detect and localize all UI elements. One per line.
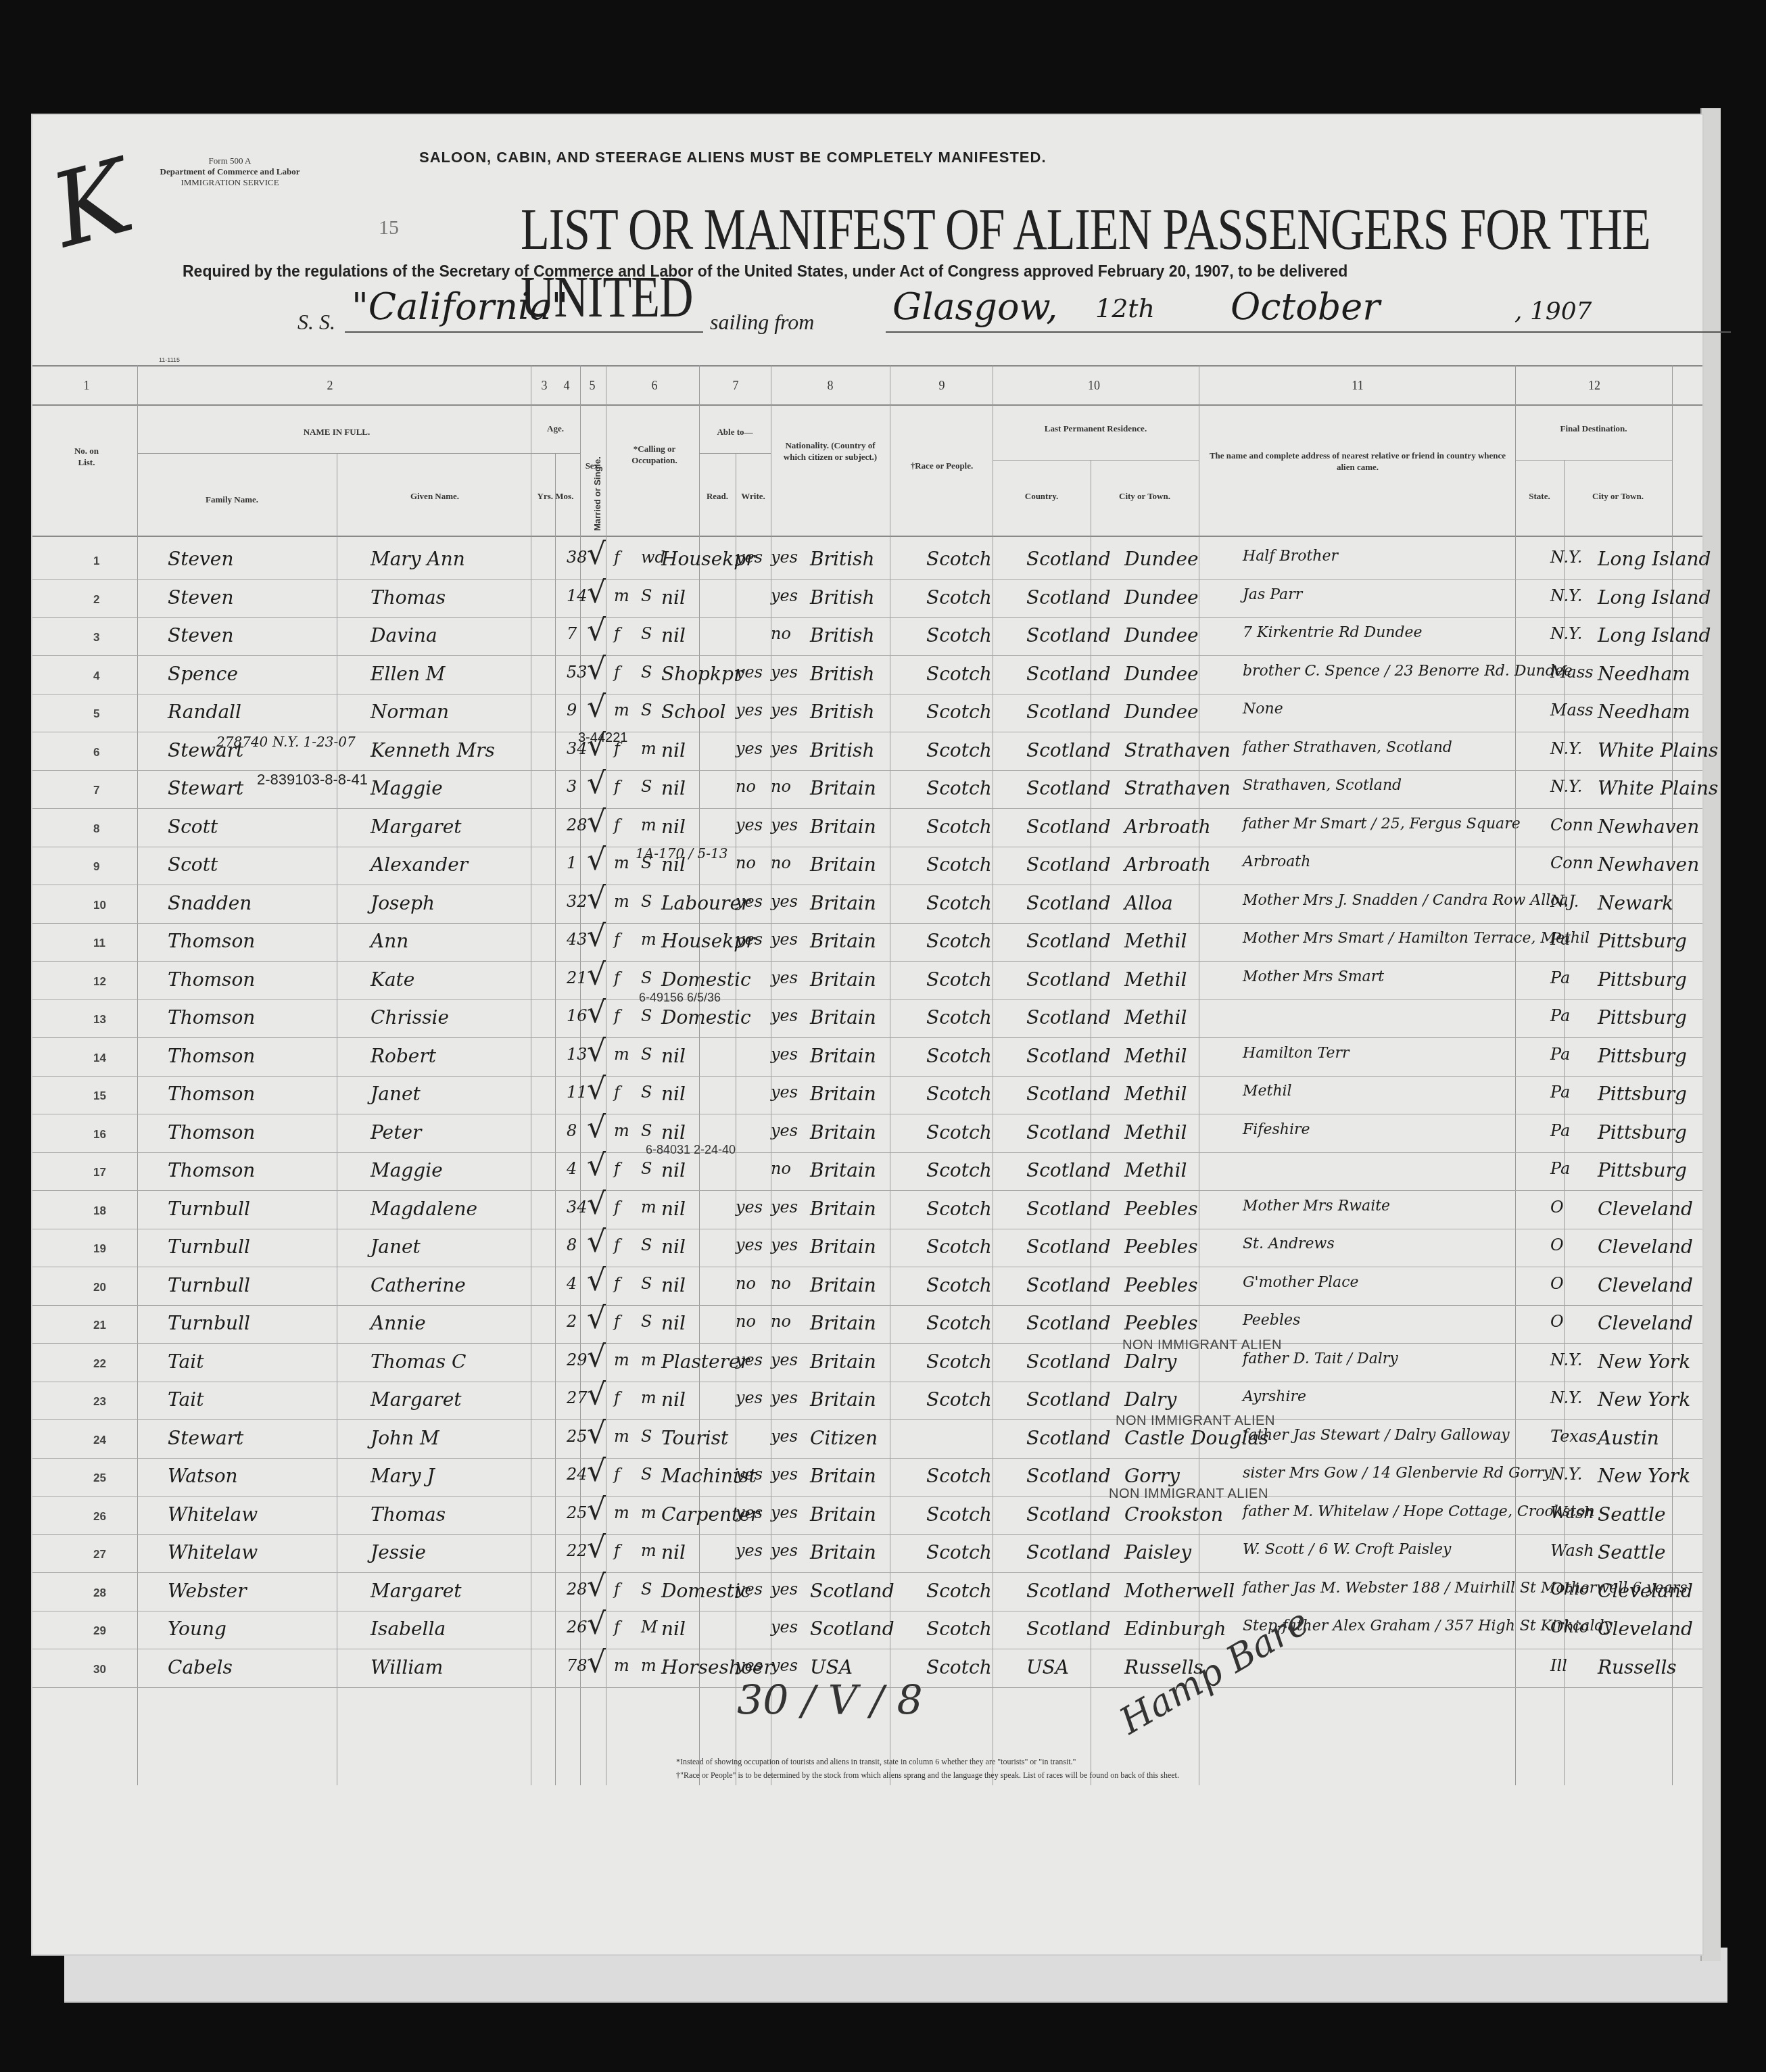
checkmark-icon: √ <box>587 652 606 686</box>
destination-state: N.Y. <box>1550 586 1582 605</box>
given-name: Catherine <box>371 1274 466 1296</box>
residence-country: Scotland <box>1026 1541 1111 1563</box>
row-number: 8 <box>93 822 99 836</box>
sex: m <box>614 1427 629 1446</box>
can-write: yes <box>771 816 798 834</box>
residence-city: Methil <box>1124 1083 1187 1105</box>
family-name: Watson <box>168 1465 238 1487</box>
destination-state: Wash <box>1550 1541 1594 1560</box>
family-name: Snadden <box>168 892 252 914</box>
nationality: Britain <box>810 1350 876 1373</box>
col-num-6: 6 <box>641 379 668 393</box>
port-underline <box>886 331 1731 333</box>
checkmark-icon: √ <box>587 1072 606 1106</box>
race: Scotch <box>926 548 992 570</box>
header-nationality: Nationality. (Country of which citizen o… <box>776 440 884 463</box>
checkmark-icon: √ <box>587 575 606 610</box>
row-number: 15 <box>93 1089 106 1103</box>
family-name: Whitelaw <box>168 1541 258 1563</box>
checkmark-icon: √ <box>587 958 606 992</box>
departure-day: 12th <box>1095 293 1155 323</box>
given-name: Norman <box>371 701 449 723</box>
departure-year: , 1907 <box>1514 298 1592 325</box>
occupation: nil <box>661 1083 686 1105</box>
row-number: 12 <box>93 975 106 989</box>
table-row: √1StevenMary Ann38fwdHousekpryesyesBriti… <box>32 541 1702 580</box>
family-name: Thomson <box>168 968 255 991</box>
age: 32 <box>567 892 588 911</box>
table-row: √19TurnbullJanet8fSnilyesyesBritainScotc… <box>32 1229 1702 1267</box>
race: Scotch <box>926 1312 992 1334</box>
race: Scotch <box>926 1198 992 1220</box>
can-read: yes <box>736 548 763 567</box>
header-able-to: Able to— <box>699 426 771 438</box>
residence-city: Peebles <box>1124 1235 1198 1258</box>
col-num-7: 7 <box>722 379 749 393</box>
checkmark-icon: √ <box>587 1034 606 1068</box>
destination-state: O <box>1550 1198 1564 1217</box>
marital-status: S <box>641 1045 652 1064</box>
col-num-10: 10 <box>1080 379 1107 393</box>
nearest-relative: Peebles <box>1243 1312 1300 1329</box>
table-row: √16ThomsonPeter8mSnilyesBritainScotchSco… <box>32 1114 1702 1153</box>
can-read: yes <box>736 701 763 720</box>
header-age: Age. <box>531 423 580 434</box>
race: Scotch <box>926 1618 992 1640</box>
row-number: 21 <box>93 1319 106 1332</box>
required-by-text: Required by the regulations of the Secre… <box>183 262 1347 281</box>
header-state: State. <box>1515 490 1564 502</box>
marital-status: S <box>641 663 652 682</box>
checkmark-icon: √ <box>587 613 606 648</box>
nationality: Britain <box>810 1045 876 1067</box>
row-number: 23 <box>93 1395 106 1409</box>
footnote-race: †"Race or People" is to be determined by… <box>676 1770 1179 1781</box>
given-name: Maggie <box>371 777 443 799</box>
residence-country: Scotland <box>1026 548 1111 570</box>
can-write: yes <box>771 1045 798 1064</box>
nearest-relative: father Strathaven, Scotland <box>1243 739 1452 756</box>
destination-city: Seattle <box>1598 1541 1665 1563</box>
row-number: 18 <box>93 1204 106 1218</box>
destination-city: Newhaven <box>1598 816 1699 838</box>
destination-state: Texas <box>1550 1427 1597 1446</box>
sex: f <box>614 663 620 682</box>
destination-city: New York <box>1598 1465 1690 1487</box>
marital-status: S <box>641 1121 652 1140</box>
nationality: Britain <box>810 1235 876 1258</box>
table-row: √29YoungIsabella26fMnilyesScotlandScotch… <box>32 1611 1702 1649</box>
nationality: British <box>810 624 875 646</box>
family-name: Thomson <box>168 1045 255 1067</box>
marital-status: m <box>641 1350 657 1369</box>
sex: f <box>614 1618 620 1637</box>
form-department: Department of Commerce and Labor <box>142 166 318 177</box>
race: Scotch <box>926 739 992 761</box>
residence-country: Scotland <box>1026 1198 1111 1220</box>
table-row: √9ScottAlexander1mSnilnonoBritainScotchS… <box>32 847 1702 885</box>
nearest-relative: Ayrshire <box>1243 1388 1306 1405</box>
destination-state: N.Y. <box>1550 548 1582 567</box>
given-name: Robert <box>371 1045 436 1067</box>
occupation: Domestic <box>661 1006 751 1029</box>
nearest-relative: Methil <box>1243 1083 1292 1100</box>
can-read: no <box>736 1274 756 1293</box>
family-name: Thomson <box>168 1121 255 1144</box>
race: Scotch <box>926 586 992 609</box>
nearest-relative: 7 Kirkentrie Rd Dundee <box>1243 624 1423 641</box>
sailing-from-label: sailing from <box>710 310 814 335</box>
can-read: yes <box>736 1235 763 1254</box>
can-write: yes <box>771 1198 798 1217</box>
marital-status: S <box>641 1312 652 1331</box>
can-read: no <box>736 777 756 796</box>
marital-status: S <box>641 586 652 605</box>
residence-country: Scotland <box>1026 1045 1111 1067</box>
destination-city: Cleveland <box>1598 1235 1693 1258</box>
residence-city: Dalry <box>1124 1350 1176 1373</box>
occupation: nil <box>661 1388 686 1411</box>
nationality: Britain <box>810 853 876 876</box>
checkmark-icon: √ <box>587 537 606 571</box>
age: 26 <box>567 1618 588 1637</box>
marital-status: m <box>641 1656 657 1675</box>
marital-status: S <box>641 892 652 911</box>
occupation: Tourist <box>661 1427 728 1449</box>
given-name: Margaret <box>371 816 462 838</box>
residence-city: Paisley <box>1124 1541 1191 1563</box>
residence-city: Arbroath <box>1124 816 1211 838</box>
destination-state: Conn <box>1550 816 1594 834</box>
row-number: 11 <box>93 937 105 950</box>
family-name: Spence <box>168 663 238 685</box>
age: 7 <box>567 624 577 643</box>
row-number: 14 <box>93 1052 106 1065</box>
marital-status: S <box>641 1580 652 1599</box>
nationality: Britain <box>810 1159 876 1181</box>
checkmark-icon: √ <box>587 1492 606 1527</box>
checkmark-icon: √ <box>587 766 606 801</box>
col-num-9: 9 <box>928 379 955 393</box>
race: Scotch <box>926 1350 992 1373</box>
family-name: Turnbull <box>168 1274 250 1296</box>
sex: m <box>614 1045 629 1064</box>
nationality: British <box>810 663 875 685</box>
race: Scotch <box>926 1045 992 1067</box>
col-num-3: 3 <box>538 379 551 393</box>
can-write: no <box>771 777 791 796</box>
can-write: yes <box>771 1656 798 1675</box>
family-name: Steven <box>168 548 233 570</box>
destination-city: Seattle <box>1598 1503 1665 1526</box>
destination-city: White Plains <box>1598 739 1718 761</box>
table-row: √2StevenThomas14mSnilyesBritishScotchSco… <box>32 580 1702 618</box>
destination-city: New York <box>1598 1350 1690 1373</box>
table-row: √12ThomsonKate21fSDomesticyesBritainScot… <box>32 962 1702 1000</box>
table-row: √13ThomsonChrissie16fSDomesticyesBritain… <box>32 999 1702 1038</box>
given-name: John M <box>371 1427 439 1449</box>
can-write: no <box>771 1159 791 1178</box>
nationality: British <box>810 739 875 761</box>
can-write: yes <box>771 1006 798 1025</box>
can-read: no <box>736 853 756 872</box>
nationality: Britain <box>810 1274 876 1296</box>
nationality: Britain <box>810 1465 876 1487</box>
sex: f <box>614 1274 620 1293</box>
destination-state: Mass <box>1550 701 1594 720</box>
age: 4 <box>567 1274 577 1293</box>
manifest-headline: SALOON, CABIN, AND STEERAGE ALIENS MUST … <box>419 149 1047 166</box>
race: Scotch <box>926 1235 992 1258</box>
can-read: yes <box>736 739 763 758</box>
checkmark-icon: √ <box>587 1416 606 1451</box>
table-row: √18TurnbullMagdalene34fmnilyesyesBritain… <box>32 1191 1702 1229</box>
row-number: 9 <box>93 860 99 874</box>
checkmark-icon: √ <box>587 995 606 1030</box>
can-write: yes <box>771 1121 798 1140</box>
sex: f <box>614 1541 620 1560</box>
table-row: √11ThomsonAnn43fmHousekpryesyesBritainSc… <box>32 923 1702 962</box>
occupation: nil <box>661 777 686 799</box>
sex: m <box>614 701 629 720</box>
given-name: Thomas C <box>371 1350 467 1373</box>
underlying-page-edge <box>64 1948 1727 2003</box>
row-number: 16 <box>93 1128 106 1141</box>
table-row: √8ScottMargaret28fmnilyesyesBritainScotc… <box>32 809 1702 847</box>
form-service: IMMIGRATION SERVICE <box>142 177 318 188</box>
bottom-tally-annotation: 30 / V / 8 <box>737 1677 923 1724</box>
family-name: Scott <box>168 816 218 838</box>
residence-country: Scotland <box>1026 1312 1111 1334</box>
ss-label: S. S. <box>297 310 335 335</box>
race: Scotch <box>926 1159 992 1181</box>
nationality: Britain <box>810 1006 876 1029</box>
nearest-relative: Fifeshire <box>1243 1121 1310 1138</box>
age: 28 <box>567 816 588 834</box>
destination-city: White Plains <box>1598 777 1718 799</box>
nearest-relative: W. Scott / 6 W. Croft Paisley <box>1243 1541 1452 1558</box>
family-name: Turnbull <box>168 1312 250 1334</box>
family-name: Thomson <box>168 930 255 952</box>
age: 78 <box>567 1656 588 1675</box>
given-name: William <box>371 1656 443 1678</box>
note-row12-certificate: 6-49156 6/5/36 <box>639 991 721 1005</box>
nearest-relative: St. Andrews <box>1243 1235 1335 1252</box>
table-row: √14ThomsonRobert13mSnilyesBritainScotchS… <box>32 1038 1702 1077</box>
residence-country: Scotland <box>1026 701 1111 723</box>
given-name: Ellen M <box>371 663 446 685</box>
residence-city: Methil <box>1124 1006 1187 1029</box>
residence-city: Dundee <box>1124 701 1199 723</box>
checkmark-icon: √ <box>587 1148 606 1183</box>
age: 28 <box>567 1580 588 1599</box>
occupation: nil <box>661 1045 686 1067</box>
residence-country: Scotland <box>1026 1235 1111 1258</box>
residence-city: Peebles <box>1124 1274 1198 1296</box>
residence-city: Methil <box>1124 1121 1187 1144</box>
can-read: no <box>736 1312 756 1331</box>
occupation: nil <box>661 1312 686 1334</box>
occupation: nil <box>661 1198 686 1220</box>
sex: f <box>614 624 620 643</box>
occupation: nil <box>661 1274 686 1296</box>
nationality: Britain <box>810 1083 876 1105</box>
destination-city: Cleveland <box>1598 1618 1693 1640</box>
note-row6-reference: 278740 N.Y. 1-23-07 <box>216 734 356 750</box>
destination-city: Long Island <box>1598 586 1711 609</box>
age: 16 <box>567 1006 588 1025</box>
sex: m <box>614 1656 629 1675</box>
table-row: √27WhitelawJessie22fmnilyesyesBritainSco… <box>32 1534 1702 1573</box>
given-name: Isabella <box>371 1618 446 1640</box>
destination-city: Cleveland <box>1598 1580 1693 1602</box>
destination-city: Pittsburg <box>1598 1121 1687 1144</box>
nearest-relative: sister Mrs Gow / 14 Glenbervie Rd Gorry <box>1243 1465 1552 1482</box>
table-row: √10SnaddenJoseph32mSLaboureryesyesBritai… <box>32 885 1702 924</box>
marital-status: S <box>641 968 652 987</box>
residence-country: Scotland <box>1026 930 1111 952</box>
checkmark-icon: √ <box>587 690 606 724</box>
sex: f <box>614 1388 620 1407</box>
can-write: yes <box>771 968 798 987</box>
occupation: nil <box>661 1121 686 1144</box>
ship-line: S. S. "California" sailing from Glasgow,… <box>297 291 1650 338</box>
race: Scotch <box>926 930 992 952</box>
header-no-on-list: No. on List. <box>66 445 107 468</box>
race: Scotch <box>926 1121 992 1144</box>
footnote-occupation: *Instead of showing occupation of touris… <box>676 1757 1076 1767</box>
occupation: nil <box>661 1541 686 1563</box>
row-number: 30 <box>93 1663 106 1676</box>
family-name: Tait <box>168 1388 204 1411</box>
destination-state: Pa <box>1550 1045 1570 1064</box>
nearest-relative: Strathaven, Scotland <box>1243 777 1402 794</box>
destination-state: Pa <box>1550 968 1570 987</box>
occupation: Domestic <box>661 968 751 991</box>
residence-city: Motherwell <box>1124 1580 1235 1602</box>
can-write: yes <box>771 1235 798 1254</box>
destination-state: Pa <box>1550 1159 1570 1178</box>
residence-country: Scotland <box>1026 777 1111 799</box>
family-name: Scott <box>168 853 218 876</box>
nearest-relative: Mother Mrs Rwaite <box>1243 1198 1390 1215</box>
age: 34 <box>567 1198 588 1217</box>
residence-country: Scotland <box>1026 1580 1111 1602</box>
table-row: √4SpenceEllen M53fSShopkpryesyesBritishS… <box>32 656 1702 694</box>
destination-state: N.Y. <box>1550 624 1582 643</box>
destination-state: N.Y. <box>1550 1465 1582 1484</box>
checkmark-icon: √ <box>587 919 606 953</box>
given-name: Alexander <box>371 853 468 876</box>
checkmark-icon: √ <box>587 1301 606 1336</box>
sex: f <box>614 1580 620 1599</box>
residence-city: Methil <box>1124 968 1187 991</box>
destination-city: Pittsburg <box>1598 1159 1687 1181</box>
race: Scotch <box>926 701 992 723</box>
marital-status: S <box>641 1274 652 1293</box>
age: 8 <box>567 1235 577 1254</box>
header-read: Read. <box>699 490 736 502</box>
given-name: Joseph <box>371 892 435 914</box>
table-row: √5RandallNorman9mSSchoolyesyesBritishSco… <box>32 694 1702 732</box>
family-name: Stewart <box>168 777 243 799</box>
occupation: nil <box>661 816 686 838</box>
residence-country: Scotland <box>1026 1159 1111 1181</box>
residence-country: Scotland <box>1026 1427 1111 1449</box>
family-name: Turnbull <box>168 1235 250 1258</box>
table-row: √20TurnbullCatherine4fSnilnonoBritainSco… <box>32 1267 1702 1306</box>
checkmark-icon: √ <box>587 843 606 877</box>
marital-status: S <box>641 1159 652 1178</box>
marital-status: m <box>641 1541 657 1560</box>
family-name: Stewart <box>168 1427 243 1449</box>
family-name: Steven <box>168 586 233 609</box>
marital-status: m <box>641 930 657 949</box>
note-row8-certificate: 1A-170 / 5-13 <box>636 845 727 862</box>
nearest-relative: Arbroath <box>1243 853 1310 870</box>
table-row: √26WhitelawThomas25mmCarpenteryesyesBrit… <box>32 1497 1702 1535</box>
sex: m <box>614 892 629 911</box>
table-row: √22TaitThomas C29mmPlastereryesyesBritai… <box>32 1344 1702 1382</box>
marital-status: m <box>641 739 657 758</box>
race: Scotch <box>926 1083 992 1105</box>
residence-city: Dundee <box>1124 548 1199 570</box>
can-read: yes <box>736 930 763 949</box>
can-write: yes <box>771 1618 798 1637</box>
residence-city: Arbroath <box>1124 853 1211 876</box>
age: 2 <box>567 1312 577 1331</box>
ship-name: "California" <box>352 285 568 328</box>
given-name: Janet <box>371 1235 421 1258</box>
destination-state: N.Y. <box>1550 1388 1582 1407</box>
family-name: Thomson <box>168 1006 255 1029</box>
family-name: Turnbull <box>168 1198 250 1220</box>
destination-state: N.Y. <box>1550 777 1582 796</box>
residence-country: Scotland <box>1026 853 1111 876</box>
ship-underline <box>345 331 703 333</box>
col-num-12: 12 <box>1581 379 1608 393</box>
can-write: yes <box>771 586 798 605</box>
residence-country: Scotland <box>1026 1350 1111 1373</box>
sex: f <box>614 930 620 949</box>
given-name: Mary J <box>371 1465 435 1487</box>
row-number: 26 <box>93 1510 106 1524</box>
col-num-2: 2 <box>316 379 343 393</box>
table-row: √25WatsonMary J24fSMachinistyesyesBritai… <box>32 1458 1702 1497</box>
given-name: Ann <box>371 930 408 952</box>
sex: f <box>614 1312 620 1331</box>
race: Scotch <box>926 777 992 799</box>
marital-status: m <box>641 1198 657 1217</box>
destination-city: Long Island <box>1598 548 1711 570</box>
nearest-relative: father M. Whitelaw / Hope Cottage, Crook… <box>1243 1503 1595 1520</box>
checkmark-icon: √ <box>587 1187 606 1221</box>
destination-city: Cleveland <box>1598 1198 1693 1220</box>
can-write: yes <box>771 1580 798 1599</box>
checkmark-icon: √ <box>587 1569 606 1603</box>
race: Scotch <box>926 853 992 876</box>
occupation: nil <box>661 739 686 761</box>
marital-status: m <box>641 1388 657 1407</box>
marital-status: M <box>641 1618 658 1637</box>
family-name: Steven <box>168 624 233 646</box>
given-name: Thomas <box>371 1503 446 1526</box>
can-write: yes <box>771 1427 798 1446</box>
note-row6-certificate: 2-839103-8-8-41 <box>257 771 368 788</box>
residence-country: Scotland <box>1026 816 1111 838</box>
can-read: yes <box>736 1503 763 1522</box>
age: 53 <box>567 663 588 682</box>
